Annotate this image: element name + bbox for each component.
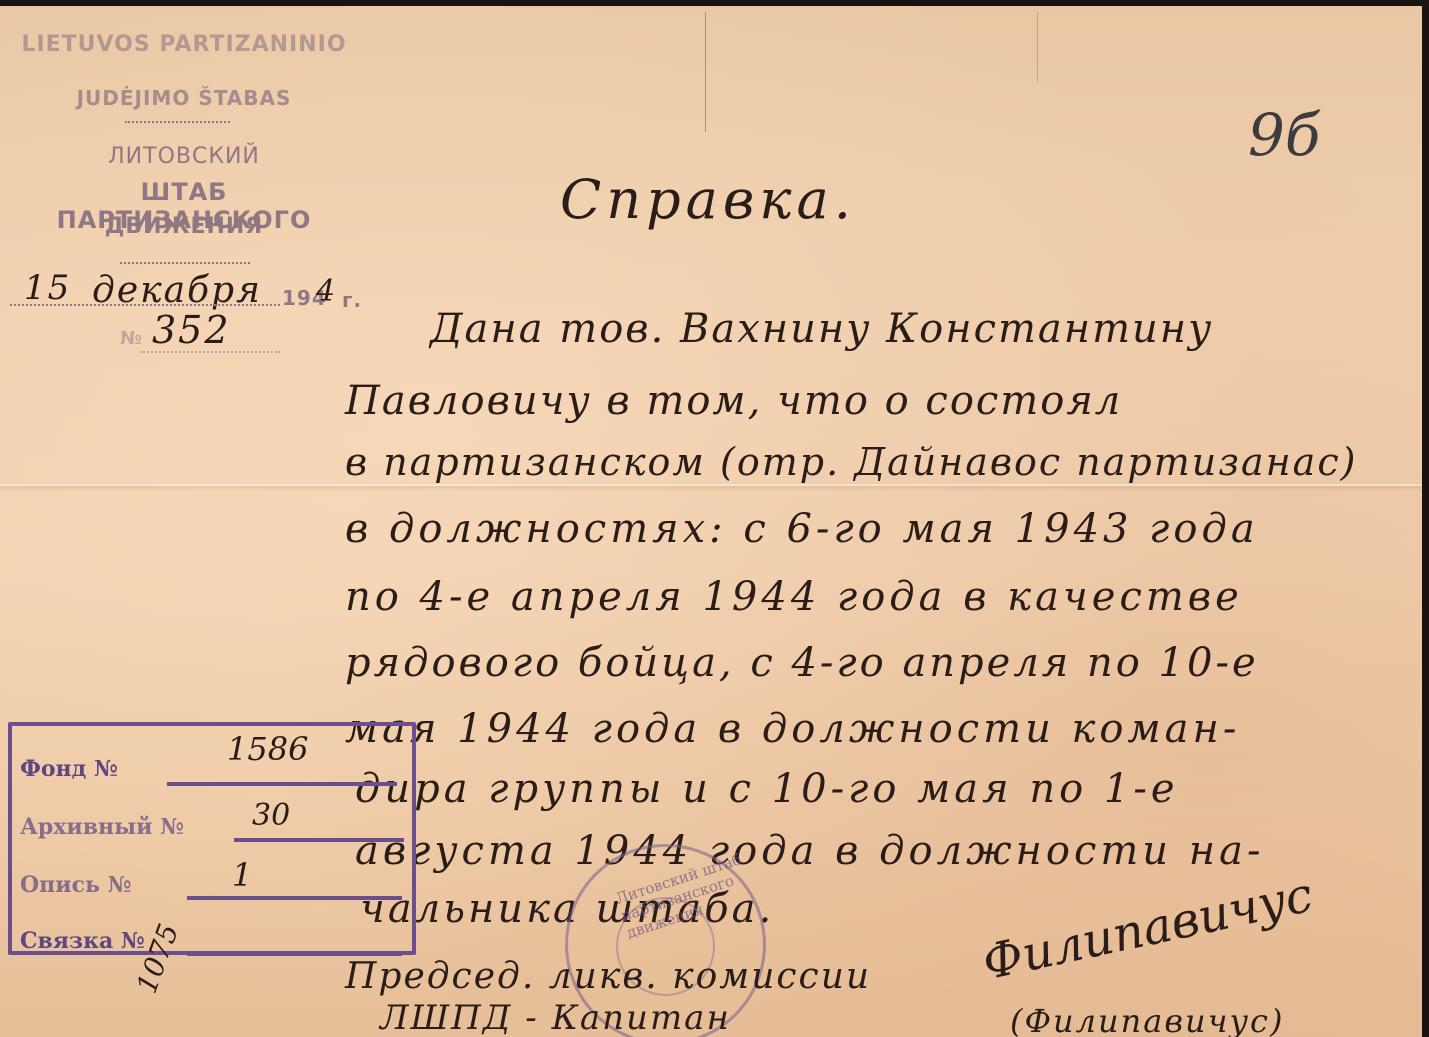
body-line: Дана тов. Вахнину Константину — [430, 306, 1213, 352]
document-paper: LIETUVOS PARTIZANINIO JUDĖJIMO ŠTABAS ЛИ… — [0, 6, 1422, 1037]
archive-label-opis: Опись № — [20, 872, 131, 898]
archive-line — [167, 782, 397, 786]
body-line: дира группы и с 10-го мая по 1-е — [355, 766, 1179, 812]
signatory-name: (Филипавичус) — [1010, 1002, 1284, 1037]
stamp-line-lt-2: JUDĖJIMO ŠTABAS — [14, 86, 354, 110]
archive-line — [187, 896, 402, 900]
stamp-divider-2 — [120, 262, 250, 264]
date-day: 15 — [24, 268, 71, 308]
body-line: в должностях: с 6-го мая 1943 года — [345, 506, 1259, 552]
date-line — [10, 304, 280, 306]
body-line: мая 1944 года в должности коман- — [345, 706, 1240, 752]
page-mark-pencil: 9б — [1248, 101, 1320, 169]
signature: Филипавичус — [978, 867, 1318, 991]
body-line: Павловичу в том, что о состоял — [345, 378, 1122, 424]
document-number: 352 — [152, 308, 231, 352]
signatory-title-2: ЛШПД - Капитан — [380, 998, 731, 1037]
archive-line — [234, 838, 404, 842]
paper-fold-horizontal — [0, 484, 1422, 486]
stamp-line-ru-3: ДВИЖЕНИЯ — [14, 214, 354, 239]
number-line — [140, 351, 280, 353]
number-prefix: № — [120, 328, 143, 349]
archive-label-archival: Архивный № — [20, 814, 184, 840]
body-line: рядового бойца, с 4-го апреля по 10-е — [345, 640, 1259, 686]
body-line: в партизанском (отр. Дайнавос партизанас… — [345, 440, 1357, 484]
archive-value-opis: 1 — [232, 856, 252, 894]
body-line: по 4-е апреля 1944 года в качестве — [345, 574, 1243, 620]
archive-label-fond: Фонд № — [20, 756, 118, 782]
date-year-suffix: 4 — [316, 274, 337, 309]
archive-stamp: Фонд № 1586 Архивный № 30 Опись № 1 Связ… — [8, 722, 416, 955]
archive-value-archival: 30 — [252, 798, 290, 833]
stamp-divider — [125, 121, 230, 123]
paper-tear-vertical — [705, 12, 706, 132]
stamp-line-ru-1: ЛИТОВСКИЙ — [14, 144, 354, 169]
stamp-line-lt-1: LIETUVOS PARTIZANINIO — [14, 32, 354, 57]
body-line: августа 1944 года в должности на- — [355, 828, 1264, 874]
archive-value-fond: 1586 — [227, 730, 308, 768]
archive-label-svyazka: Связка № — [20, 928, 145, 954]
signatory-title-1: Председ. ликв. комиссии — [345, 956, 871, 997]
archive-line — [187, 952, 402, 956]
paper-tear-vertical-2 — [1037, 12, 1038, 82]
date-year-unit: г. — [342, 288, 362, 312]
document-title: Справка. — [560, 168, 856, 231]
